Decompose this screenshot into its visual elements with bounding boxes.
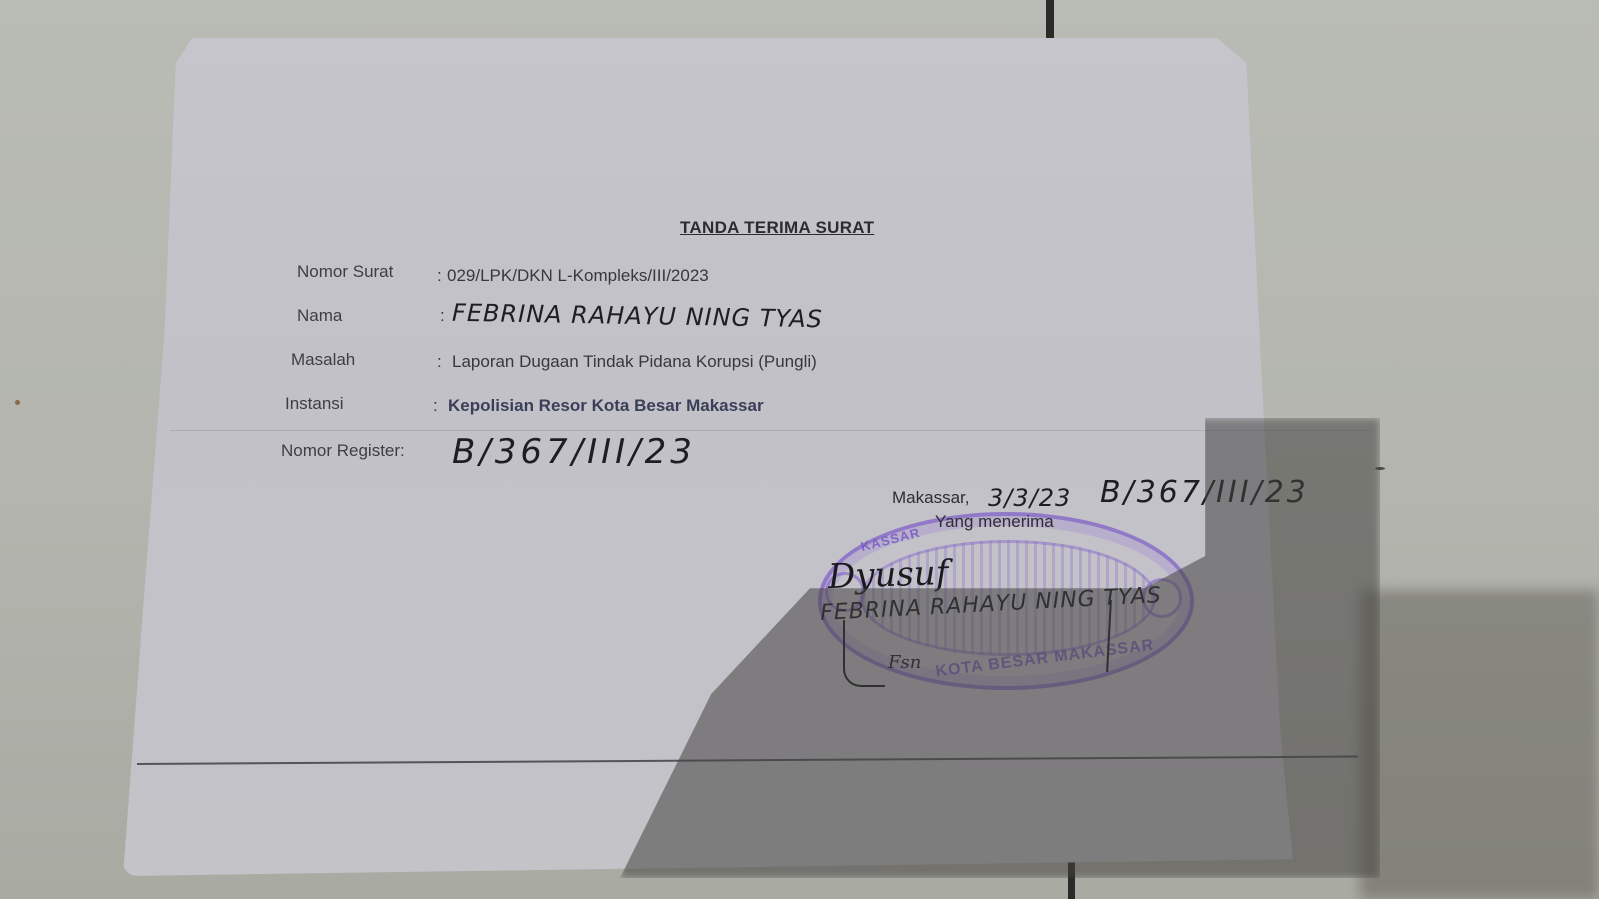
- field-value-nomor-register-handwritten: B/367/III/23: [452, 432, 696, 472]
- floor-shadow: [1360, 590, 1599, 899]
- field-separator: :: [440, 306, 445, 326]
- field-label-nomor-register: Nomor Register:: [281, 441, 405, 461]
- field-value-instansi: Kepolisian Resor Kota Besar Makassar: [448, 396, 764, 416]
- field-label-nama: Nama: [297, 306, 342, 326]
- field-value-masalah: Laporan Dugaan Tindak Pidana Korupsi (Pu…: [452, 352, 817, 372]
- field-separator: :: [433, 396, 438, 416]
- field-separator: :: [437, 266, 442, 286]
- date-handwritten: 3/3/23: [988, 484, 1071, 512]
- paper-fold-crease: [170, 430, 1370, 431]
- place-label: Makassar,: [892, 488, 969, 508]
- floor-speck: [15, 400, 20, 405]
- field-label-nomor-surat: Nomor Surat: [297, 262, 393, 282]
- document-title: TANDA TERIMA SURAT: [680, 218, 874, 238]
- field-label-instansi: Instansi: [285, 394, 344, 414]
- floor-tile-grout: [1046, 0, 1054, 40]
- field-label-masalah: Masalah: [291, 350, 355, 370]
- receiver-label: Yang menerima: [935, 512, 1054, 532]
- field-value-nomor-surat: 029/LPK/DKN L-Kompleks/III/2023: [447, 266, 709, 286]
- field-separator: :: [437, 352, 442, 372]
